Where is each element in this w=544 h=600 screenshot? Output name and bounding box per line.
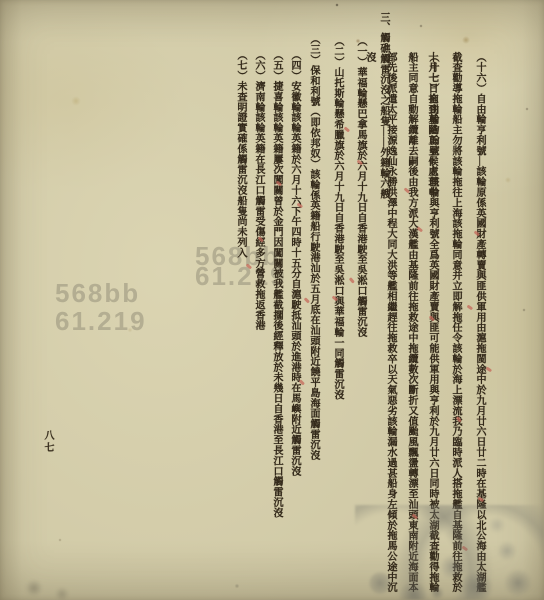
list-item-6: （六）濟南輪該輪英籍在長江口觸雷受傷經多方營救拖返香港 <box>251 50 266 595</box>
list-item-7: （七）未查明證實確係觸雷沉沒船隻尚未列入 <box>233 50 248 595</box>
watermark: 568bb 61.219 <box>55 280 147 334</box>
list-item-3: （三）保和利號（即依邦奴）該輪係英籍船行駛港汕於五月底在汕頭附近饒平島海面觸雷沉… <box>306 34 321 584</box>
gray-stain-bottom-left <box>14 568 94 600</box>
scanned-document-page: 568bb 61.219 568bb 61.219 （十六）自由輪亨利號—該輪原… <box>0 0 544 600</box>
section-title: 三、觸礁觸雷沉沒之船隻——外籍輪六艘 <box>376 12 391 572</box>
list-item-1: （一）華福輪懸巴拿馬旗於六月十九日自香港駛至吳淞口觸雷沉沒 <box>353 36 368 586</box>
list-item-2: （二）山托斯輪懸希臘旗於六月十九日自香港駛至吳淞口與華福輪一同觸雷沉沒 <box>330 36 345 586</box>
list-item-5: （五）捷喜輪該輪英籍屢次闖關曾於金門因闖關被我艦截擱後經釋放於未幾日自香港至長江… <box>269 50 284 595</box>
watermark-line2: 61.219 <box>55 308 147 334</box>
watermark-line1: 568bb <box>55 280 147 306</box>
list-item-4: （四）安徽輪該輪英籍於六月十六下午四時十五分自滬駛抵汕頭於進港時在馬嶼附近觸雷沉… <box>287 50 302 595</box>
gray-stain-bottom-right <box>355 505 544 600</box>
page-number: 八七 <box>40 430 55 470</box>
